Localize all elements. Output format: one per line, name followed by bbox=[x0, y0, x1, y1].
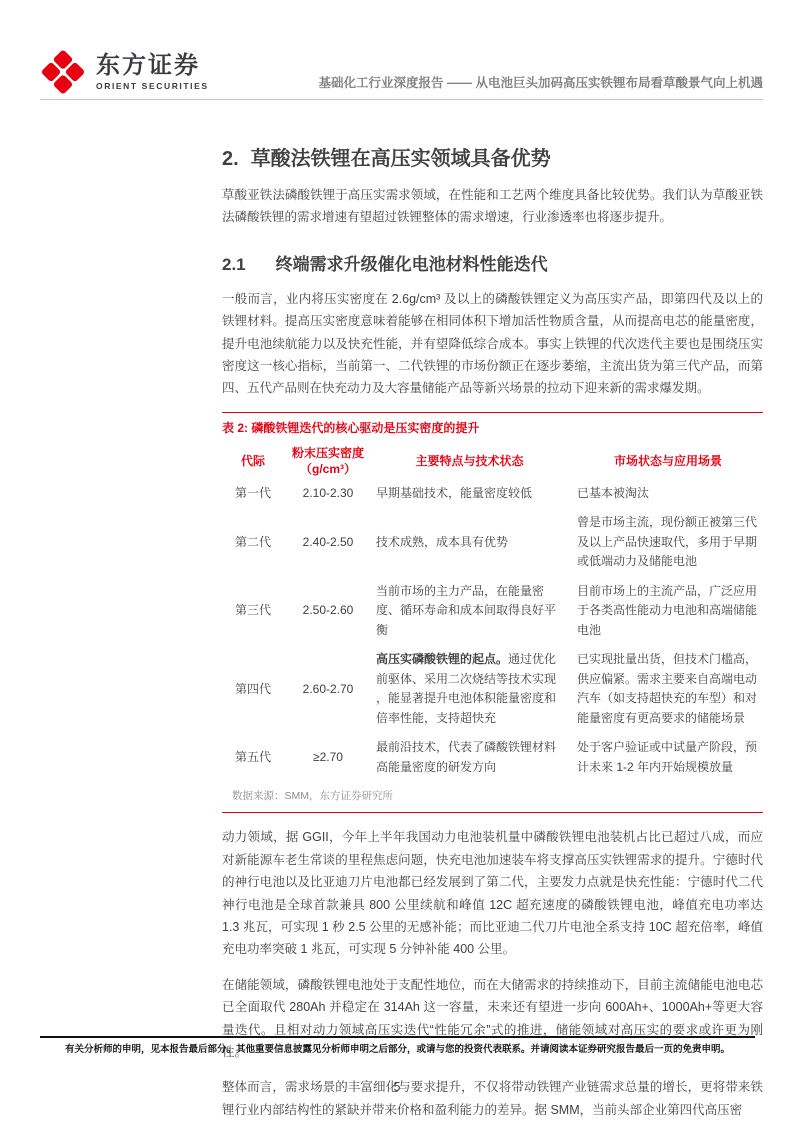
table-row-gen4: 第四代 2.60-2.70 高压实磷酸铁锂的起点。通过优化前驱体、采用二次烧结等… bbox=[222, 645, 763, 733]
cell-feature-text: 早期基础技术，能量密度较低 bbox=[376, 486, 532, 500]
cell-market: 已实现批量出货，但技术门槛高，供应偏紧。需求主要来自高端电动汽车（如支持超快充的… bbox=[567, 645, 763, 733]
cell-density: ≥2.70 bbox=[284, 733, 372, 782]
col-header-density-line2: （g/cm³） bbox=[288, 461, 368, 477]
cell-generation: 第一代 bbox=[222, 479, 284, 509]
brand-name-cn: 东方证券 bbox=[96, 53, 209, 79]
paragraph-density-definition: 一般而言，业内将压实密度在 2.6g/cm³ 及以上的磷酸铁锂定义为高压实产品，… bbox=[222, 288, 763, 400]
table-row-gen1: 第一代 2.10-2.30 早期基础技术，能量密度较低 已基本被淘汰 bbox=[222, 479, 763, 509]
table-source-note: 数据来源：SMM，东方证券研究所 bbox=[222, 782, 763, 807]
cell-feature: 技术成熟，成本具有优势 bbox=[372, 508, 567, 577]
section-number: 2. bbox=[222, 148, 239, 170]
col-header-density-line1: 粉末压实密度 bbox=[288, 445, 368, 461]
cell-market: 处于客户验证或中试量产阶段，预计未来 1-2 年内开始规模放量 bbox=[567, 733, 763, 782]
col-header-generation: 代际 bbox=[222, 438, 284, 479]
table-row-gen3: 第三代 2.50-2.60 当前市场的主力产品，在能量密度、循环寿命和成本间取得… bbox=[222, 577, 763, 646]
col-header-feature: 主要特点与技术状态 bbox=[372, 438, 567, 479]
table-row-gen2: 第二代 2.40-2.50 技术成熟，成本具有优势 曾是市场主流，现份额正被第三… bbox=[222, 508, 763, 577]
cell-feature: 当前市场的主力产品，在能量密度、循环寿命和成本间取得良好平衡 bbox=[372, 577, 567, 646]
cell-feature: 高压实磷酸铁锂的起点。通过优化前驱体、采用二次烧结等技术实现 ，能显著提升电池体… bbox=[372, 645, 567, 733]
cell-generation: 第四代 bbox=[222, 645, 284, 733]
footer-disclaimer: 有关分析师的申明，见本报告最后部分。其他重要信息披露见分析师申明之后部分，或请与… bbox=[40, 1041, 755, 1055]
table-block: 表 2: 磷酸铁锂迭代的核心驱动是压实密度的提升 代际 粉末压实密度 （g/cm… bbox=[222, 412, 763, 814]
cell-density: 2.10-2.30 bbox=[284, 479, 372, 509]
cell-market: 曾是市场主流，现份额正被第三代及以上产品快速取代，多用于早期或低端动力及储能电池 bbox=[567, 508, 763, 577]
cell-density: 2.60-2.70 bbox=[284, 645, 372, 733]
subsection-title: 2.1终端需求升级催化电池材料性能迭代 bbox=[222, 250, 763, 275]
page-number: 5 bbox=[0, 1080, 794, 1094]
report-header-title: 基础化工行业深度报告 —— 从电池巨头加码高压实铁锂布局看草酸景气向上机遇 bbox=[319, 73, 763, 91]
report-page: 东方证券 ORIENT SECURITIES 基础化工行业深度报告 —— 从电池… bbox=[0, 0, 794, 1123]
table-row-gen5: 第五代 ≥2.70 最前沿技术，代表了磷酸铁锂材料高能量密度的研发方向 处于客户… bbox=[222, 733, 763, 782]
brand-text: 东方证券 ORIENT SECURITIES bbox=[96, 53, 209, 91]
cell-density: 2.40-2.50 bbox=[284, 508, 372, 577]
col-header-market: 市场状态与应用场景 bbox=[567, 438, 763, 479]
paragraph-intro: 草酸亚铁法磷酸铁锂于高压实需求领域，在性能和工艺两个维度具备比较优势。我们认为草… bbox=[222, 184, 763, 229]
page-header: 东方证券 ORIENT SECURITIES 基础化工行业深度报告 —— 从电池… bbox=[40, 0, 763, 100]
section-title: 2.草酸法铁锂在高压实领域具备优势 bbox=[222, 142, 763, 171]
col-header-density: 粉末压实密度 （g/cm³） bbox=[284, 438, 372, 479]
cell-density: 2.50-2.60 bbox=[284, 577, 372, 646]
table-caption: 表 2: 磷酸铁锂迭代的核心驱动是压实密度的提升 bbox=[222, 413, 763, 438]
footer-divider bbox=[40, 1036, 755, 1038]
brand-block: 东方证券 ORIENT SECURITIES bbox=[40, 48, 209, 96]
subsection-title-text: 终端需求升级催化电池材料性能迭代 bbox=[276, 255, 548, 274]
main-content: 2.草酸法铁锂在高压实领域具备优势 草酸亚铁法磷酸铁锂于高压实需求领域，在性能和… bbox=[222, 100, 763, 1121]
cell-feature-bold: 高压实磷酸铁锂的起点。 bbox=[376, 652, 508, 666]
cell-feature-text: 当前市场的主力产品，在能量密度、循环寿命和成本间取得良好平衡 bbox=[376, 584, 556, 637]
cell-generation: 第三代 bbox=[222, 577, 284, 646]
cell-market: 目前市场上的主流产品，广泛应用于各类高性能动力电池和高端储能电池 bbox=[567, 577, 763, 646]
cell-feature-text: 最前沿技术，代表了磷酸铁锂材料高能量密度的研发方向 bbox=[376, 740, 556, 774]
cell-market: 已基本被淘汰 bbox=[567, 479, 763, 509]
four-diamonds-icon bbox=[40, 48, 86, 96]
cell-generation: 第五代 bbox=[222, 733, 284, 782]
cell-feature: 最前沿技术，代表了磷酸铁锂材料高能量密度的研发方向 bbox=[372, 733, 567, 782]
paragraph-power-field: 动力领域，据 GGII，今年上半年我国动力电池装机量中磷酸铁锂电池装机占比已超过… bbox=[222, 826, 763, 960]
section-title-text: 草酸法铁锂在高压实领域具备优势 bbox=[251, 148, 551, 170]
lfp-generation-table: 代际 粉末压实密度 （g/cm³） 主要特点与技术状态 市场状态与应用场景 第一… bbox=[222, 438, 763, 783]
cell-feature: 早期基础技术，能量密度较低 bbox=[372, 479, 567, 509]
cell-generation: 第二代 bbox=[222, 508, 284, 577]
subsection-number: 2.1 bbox=[222, 255, 246, 274]
brand-name-en: ORIENT SECURITIES bbox=[96, 81, 209, 91]
table-header-row: 代际 粉末压实密度 （g/cm³） 主要特点与技术状态 市场状态与应用场景 bbox=[222, 438, 763, 479]
cell-feature-text: 技术成熟，成本具有优势 bbox=[376, 535, 508, 549]
